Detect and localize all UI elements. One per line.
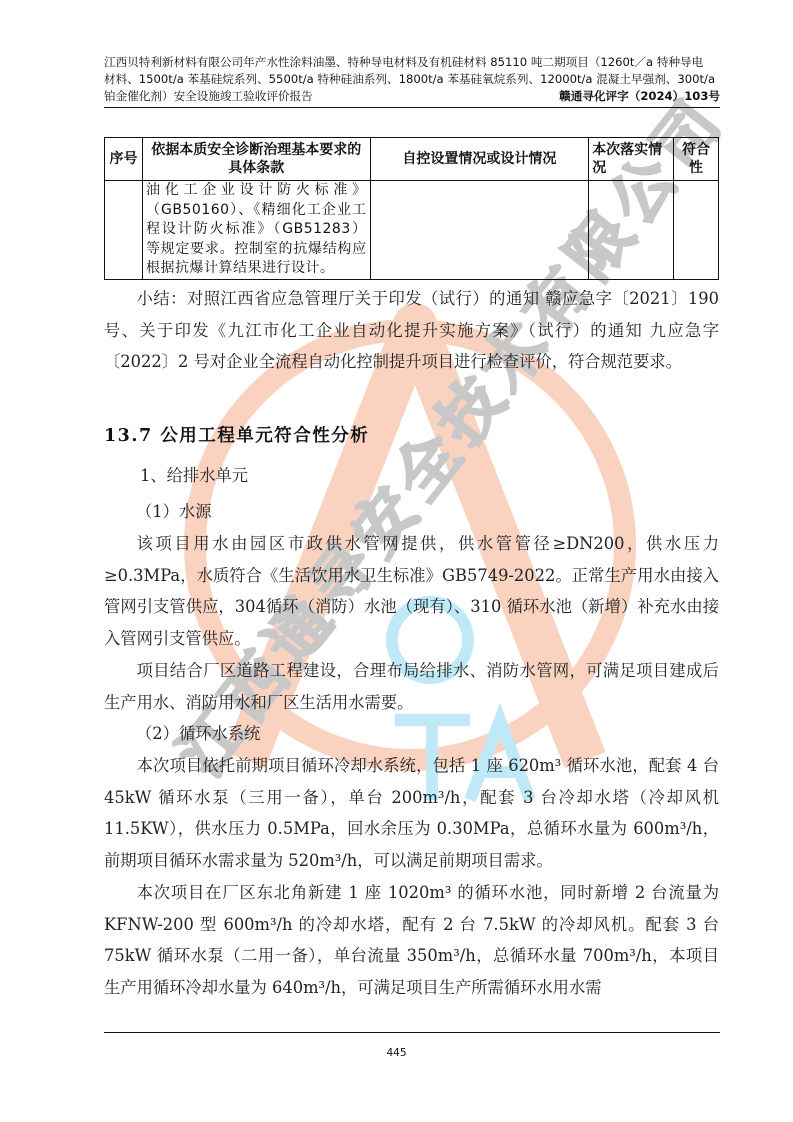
- section-heading: 13.7 公用工程单元符合性分析: [104, 422, 369, 447]
- footer-divider: [104, 1032, 720, 1033]
- circulating-new-text: 本次项目在厂区东北角新建 1 座 1020m³ 的循环水池，同时新增 2 台流量…: [104, 877, 719, 1003]
- subsection-circulating-water: （2）循环水系统: [136, 720, 260, 744]
- cell-conformity: [674, 181, 719, 280]
- column-header-design: 自控设置情况或设计情况: [370, 138, 589, 181]
- table-header-row: 序号 依据本质安全诊断治理基本要求的具体条款 自控设置情况或设计情况 本次落实情…: [105, 138, 719, 181]
- circulating-new-paragraph: 本次项目在厂区东北角新建 1 座 1020m³ 的循环水池，同时新增 2 台流量…: [104, 877, 719, 1003]
- page-number: 445: [0, 1047, 793, 1059]
- subsection-water-source: （1）水源: [136, 498, 211, 522]
- column-header-basis: 依据本质安全诊断治理基本要求的具体条款: [142, 138, 370, 181]
- network-plan-paragraph: 项目结合厂区道路工程建设，合理布局给排水、消防水管网，可满足项目建成后生产用水、…: [104, 655, 719, 718]
- subsection-water-unit: 1、给排水单元: [140, 462, 248, 486]
- header-title-line-1: 江西贝特利新材料有限公司年产水性涂料油墨、特种导电材料及有机硅材料 85110 …: [104, 54, 720, 71]
- column-header-conformity: 符合性: [674, 138, 719, 181]
- network-plan-text: 项目结合厂区道路工程建设，合理布局给排水、消防水管网，可满足项目建成后生产用水、…: [104, 655, 719, 718]
- header-divider: [104, 107, 720, 108]
- header-title-line-3: 铂金催化剂）安全设施竣工验收评价报告: [104, 88, 313, 105]
- water-source-text: 该项目用水由园区市政供水管网提供，供水管管径≥DN200，供水压力≥0.3MPa…: [104, 528, 719, 654]
- summary-text: 小结：对照江西省应急管理厅关于印发（试行）的通知 赣应急字〔2021〕190 号…: [104, 283, 719, 378]
- circulating-existing-paragraph: 本次项目依托前期项目循环冷却水系统，包括 1 座 620m³ 循环水池，配套 4…: [104, 750, 719, 876]
- summary-paragraph: 小结：对照江西省应急管理厅关于印发（试行）的通知 赣应急字〔2021〕190 号…: [104, 283, 719, 378]
- cell-status: [589, 181, 674, 280]
- column-header-status: 本次落实情况: [589, 138, 674, 181]
- column-header-no: 序号: [105, 138, 143, 181]
- cell-basis: 油化工企业设计防火标准》（GB50160）、《精细化工企业工程设计防火标准》（G…: [142, 181, 370, 280]
- water-source-paragraph: 该项目用水由园区市政供水管网提供，供水管管径≥DN200，供水压力≥0.3MPa…: [104, 528, 719, 654]
- cell-no: [105, 181, 143, 280]
- table-row: 油化工企业设计防火标准》（GB50160）、《精细化工企业工程设计防火标准》（G…: [105, 181, 719, 280]
- document-number: 赣通寻化评字（2024）103号: [559, 88, 720, 105]
- cell-design: [370, 181, 589, 280]
- header-title-line-2: 材料、1500t/a 苯基硅烷系列、5500t/a 特种硅油系列、1800t/a…: [104, 71, 720, 88]
- requirements-table: 序号 依据本质安全诊断治理基本要求的具体条款 自控设置情况或设计情况 本次落实情…: [104, 137, 719, 280]
- page-header: 江西贝特利新材料有限公司年产水性涂料油墨、特种导电材料及有机硅材料 85110 …: [104, 54, 720, 105]
- circulating-existing-text: 本次项目依托前期项目循环冷却水系统，包括 1 座 620m³ 循环水池，配套 4…: [104, 750, 719, 876]
